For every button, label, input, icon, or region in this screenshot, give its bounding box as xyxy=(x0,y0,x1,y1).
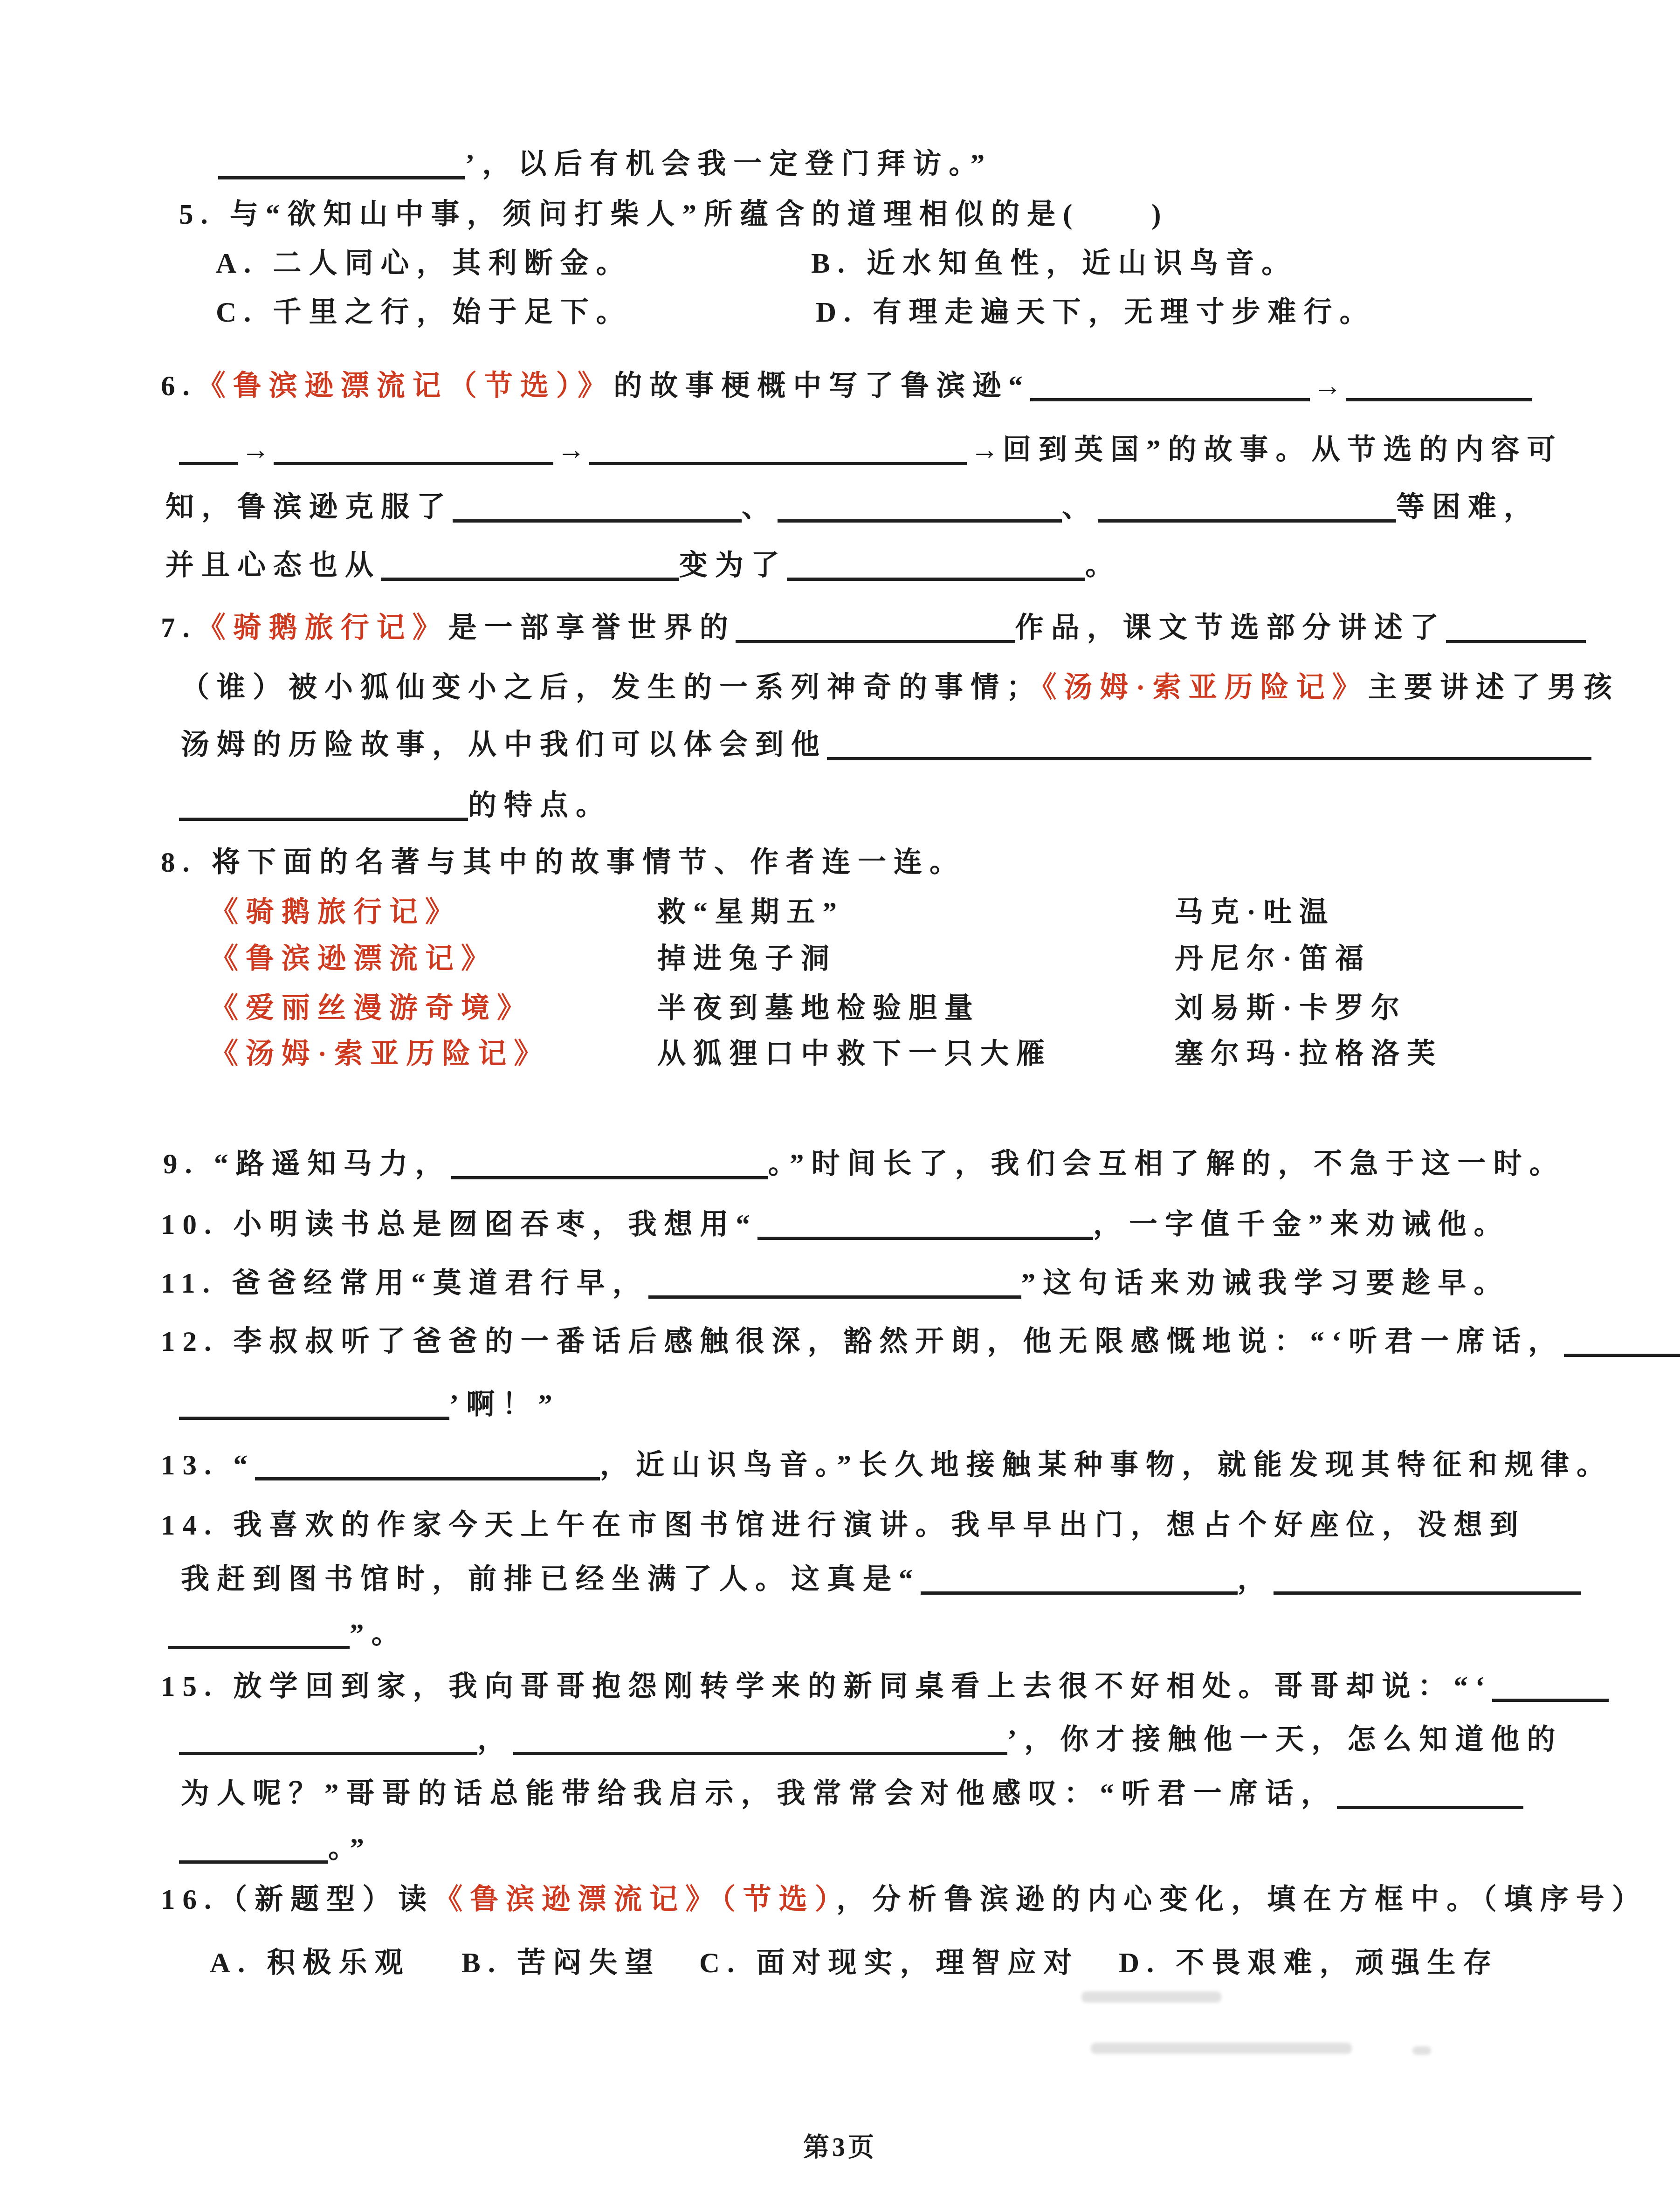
q5-options-ab: A. 二人同心，其利断金。B. 近水知鱼性，近山识鸟音。 xyxy=(0,247,1680,281)
fill-in-blank-line xyxy=(1274,1591,1581,1595)
fill-in-blank-line xyxy=(589,462,967,465)
text-run: 马克·吐温 xyxy=(1175,896,1335,929)
text-run: 并且心态也从 xyxy=(165,550,381,581)
q16-stem: 16.（新题型）读《鲁滨逊漂流记》（节选），分析鲁滨逊的内心变化，填在方框中。（… xyxy=(0,1883,1680,1917)
q4-tail-line: ’，以后有机会我一定登门拜访。” xyxy=(0,148,1680,181)
text-run: 12. 李叔叔听了爸爸的一番话后感触很深，豁然开朗，他无限感慨地说：“‘听君一席… xyxy=(161,1326,1564,1357)
text-run: 半夜到墓地检验胆量 xyxy=(657,992,980,1026)
text-run: ’啊！” xyxy=(449,1389,560,1420)
text-run: A. 二人同心，其利断金。 xyxy=(216,248,632,279)
q16-options: A. 积极乐观B. 苦闷失望C. 面对现实，理智应对D. 不畏艰难，顽强生存 xyxy=(0,1947,1680,1980)
fill-in-blank-line xyxy=(179,1860,328,1864)
fill-in-blank-line xyxy=(179,818,468,821)
text-run: 。” xyxy=(328,1833,372,1864)
text-run: ’，你才接触他一天，怎么知道他的 xyxy=(1007,1724,1563,1756)
fill-in-blank-line xyxy=(513,1752,1007,1755)
q7-line4: 的特点。 xyxy=(0,789,1680,823)
fill-in-blank-line xyxy=(1098,519,1396,523)
text-run: 6. xyxy=(161,371,197,402)
fill-in-blank-line xyxy=(179,1752,477,1755)
page-number-footer: 第3页 xyxy=(0,2127,1680,2164)
q12-line1: 12. 李叔叔听了爸爸的一番话后感触很深，豁然开朗，他无限感慨地说：“‘听君一席… xyxy=(0,1325,1680,1359)
text-run: 、 xyxy=(742,492,778,523)
q13: 13. “，近山识鸟音。”长久地接触某种事物，就能发现其特征和规律。 xyxy=(0,1449,1680,1482)
text-run: 8. 将下面的名著与其中的故事情节、作者连一连。 xyxy=(161,847,965,878)
text-run: ， xyxy=(1238,1564,1274,1595)
text-run: ， xyxy=(477,1724,513,1756)
text-run: 救“星期五” xyxy=(657,896,844,929)
text-run: 11. 爸爸经常用“莫道君行早， xyxy=(161,1268,648,1299)
book-title-red: 《骑鹅旅行记》 xyxy=(210,897,461,928)
text-run: 我赶到图书馆时，前排已经坐满了人。这真是“ xyxy=(181,1564,921,1595)
q12-line2: ’啊！” xyxy=(0,1388,1680,1422)
fill-in-blank-line xyxy=(451,1176,768,1179)
text-run: 15. 放学回到家，我向哥哥抱怨刚转学来的新同桌看上去很不好相处。哥哥却说：“‘ xyxy=(161,1671,1492,1702)
text-run: ，近山识鸟音。”长久地接触某种事物，就能发现其特征和规律。 xyxy=(600,1450,1612,1481)
q6-line3: 知，鲁滨逊克服了、、等困难， xyxy=(0,491,1680,524)
fill-in-blank-line xyxy=(1446,640,1586,643)
q8-stem: 8. 将下面的名著与其中的故事情节、作者连一连。 xyxy=(0,846,1680,880)
text-run: 知，鲁滨逊克服了 xyxy=(165,492,453,523)
fill-in-blank-line xyxy=(255,1477,600,1480)
text-run: 作品，课文节选部分讲述了 xyxy=(1015,613,1446,644)
book-title-red: 《鲁滨逊漂流记》（节选） xyxy=(434,1884,836,1915)
fill-in-blank-line xyxy=(218,176,465,179)
fill-in-blank-line xyxy=(736,640,1015,643)
book-title-red: 《汤姆·索亚历险记》 xyxy=(1042,672,1368,703)
fill-in-blank-line xyxy=(274,462,553,465)
q11: 11. 爸爸经常用“莫道君行早，”这句话来劝诫我学习要趁早。 xyxy=(0,1267,1680,1301)
q8-row2: 《鲁滨逊漂流记》掉进兔子洞丹尼尔·笛福 xyxy=(0,943,1680,976)
q14-line3: ”。 xyxy=(0,1618,1680,1651)
text-run: 5. 与“欲知山中事，须问打柴人”所蕴含的道理相似的是( ) xyxy=(179,199,1169,230)
fill-in-blank-line xyxy=(757,1237,1093,1240)
q7-line3: 汤姆的历险故事，从中我们可以体会到他 xyxy=(0,729,1680,762)
text-run: ”。 xyxy=(350,1618,407,1650)
fill-in-blank-line xyxy=(1337,1806,1523,1809)
scan-artifact xyxy=(1091,2043,1352,2054)
fill-in-blank-line xyxy=(1564,1354,1680,1357)
q14-line2: 我赶到图书馆时，前排已经坐满了人。这真是“， xyxy=(0,1563,1680,1597)
q6-line4: 并且心态也从变为了。 xyxy=(0,549,1680,583)
text-run: 10. 小明读书总是囫囵吞枣，我想用“ xyxy=(161,1209,757,1240)
fill-in-blank-line xyxy=(1346,398,1532,401)
fill-in-blank-line xyxy=(827,757,1591,760)
text-run: 刘易斯·卡罗尔 xyxy=(1175,992,1407,1026)
text-run: C. 千里之行，始于足下。 xyxy=(216,297,632,328)
fill-in-blank-line xyxy=(179,462,238,465)
fill-in-blank-line xyxy=(787,578,1085,581)
q10: 10. 小明读书总是囫囵吞枣，我想用“，一字值千金”来劝诫他。 xyxy=(0,1208,1680,1242)
fill-in-blank-line xyxy=(778,519,1062,523)
q9: 9. “路遥知马力，。”时间长了，我们会互相了解的，不急于这一时。 xyxy=(0,1148,1680,1181)
fill-in-blank-line xyxy=(381,578,679,581)
fill-in-blank-line xyxy=(1030,398,1310,401)
book-title-red: 《骑鹅旅行记》 xyxy=(197,613,448,644)
q6-line2: →→→回到英国”的故事。从节选的内容可 xyxy=(0,434,1680,467)
text-run: D. 不畏艰难，顽强生存 xyxy=(1119,1947,1499,1980)
scan-artifact xyxy=(1412,2046,1431,2055)
text-run: ，分析鲁滨逊的内心变化，填在方框中。（填序号） xyxy=(836,1884,1648,1915)
text-run: 汤姆的历险故事，从中我们可以体会到他 xyxy=(181,730,827,761)
fill-in-blank-line xyxy=(648,1295,1021,1299)
fill-in-blank-line xyxy=(921,1591,1238,1595)
text-run: 回到英国”的故事。从节选的内容可 xyxy=(1003,434,1563,466)
text-run: ，一字值千金”来劝诫他。 xyxy=(1093,1209,1510,1240)
fill-in-blank-line xyxy=(453,519,742,523)
q15-line3: 为人呢？”哥哥的话总能带给我启示，我常常会对他感叹：“听君一席话， xyxy=(0,1777,1680,1811)
q15-line1: 15. 放学回到家，我向哥哥抱怨刚转学来的新同桌看上去很不好相处。哥哥却说：“‘ xyxy=(0,1670,1680,1704)
text-run: B. 近水知鱼性，近山识鸟音。 xyxy=(811,247,1297,281)
text-run: C. 面对现实，理智应对 xyxy=(699,1947,1080,1980)
text-run: 主要讲述了男孩 xyxy=(1368,672,1619,703)
fill-in-blank-line xyxy=(1492,1699,1609,1702)
text-run: 14. 我喜欢的作家今天上午在市图书馆进行演讲。我早早出门，想占个好座位，没想到 xyxy=(161,1510,1526,1541)
text-run: 从狐狸口中救下一只大雁 xyxy=(657,1038,1052,1071)
text-run: D. 有理走遍天下，无理寸步难行。 xyxy=(816,296,1376,330)
q8-row3: 《爱丽丝漫游奇境》半夜到墓地检验胆量刘易斯·卡罗尔 xyxy=(0,992,1680,1026)
text-run: 13. “ xyxy=(161,1450,255,1481)
fill-in-blank-line xyxy=(179,1417,449,1420)
text-run: 。 xyxy=(1085,550,1121,581)
q7-line1: 7.《骑鹅旅行记》是一部享誉世界的作品，课文节选部分讲述了 xyxy=(0,612,1680,645)
text-run: 塞尔玛·拉格洛芙 xyxy=(1175,1038,1443,1071)
q15-line4: 。” xyxy=(0,1832,1680,1866)
book-title-red: 《汤姆·索亚历险记》 xyxy=(210,1039,550,1070)
q7-line2: （谁）被小狐仙变小之后，发生的一系列神奇的事情；《汤姆·索亚历险记》主要讲述了男… xyxy=(0,671,1680,705)
q5-stem: 5. 与“欲知山中事，须问打柴人”所蕴含的道理相似的是( ) xyxy=(0,198,1680,232)
text-run: 16.（新题型）读 xyxy=(161,1884,434,1915)
arrow-right-icon: → xyxy=(1314,371,1342,402)
q8-row4: 《汤姆·索亚历险记》从狐狸口中救下一只大雁塞尔玛·拉格洛芙 xyxy=(0,1038,1680,1071)
arrow-right-icon: → xyxy=(557,434,585,466)
text-run: 7. xyxy=(161,613,197,644)
exam-paper-page: 第3页 ’，以后有机会我一定登门拜访。”5. 与“欲知山中事，须问打柴人”所蕴含… xyxy=(0,0,1680,2210)
text-run: 掉进兔子洞 xyxy=(657,943,837,976)
scan-artifact xyxy=(1081,1991,1221,2003)
text-run: ”这句话来劝诫我学习要趁早。 xyxy=(1021,1268,1510,1299)
text-run: A. 积极乐观 xyxy=(210,1948,411,1979)
text-run: B. 苦闷失望 xyxy=(461,1947,661,1980)
text-run: 等困难， xyxy=(1396,492,1540,523)
book-title-red: 《鲁滨逊漂流记》 xyxy=(210,943,497,975)
q8-row1: 《骑鹅旅行记》救“星期五”马克·吐温 xyxy=(0,896,1680,929)
text-run: 。”时间长了，我们会互相了解的，不急于这一时。 xyxy=(768,1149,1565,1180)
fill-in-blank-line xyxy=(168,1646,350,1649)
text-run: 的故事梗概中写了鲁滨逊“ xyxy=(613,371,1030,402)
text-run: 变为了 xyxy=(679,550,787,581)
text-run: 9. “路遥知马力， xyxy=(163,1149,451,1180)
text-run: 的特点。 xyxy=(468,790,612,821)
q15-line2: ，’，你才接触他一天，怎么知道他的 xyxy=(0,1723,1680,1757)
text-run: 、 xyxy=(1062,492,1098,523)
q6-line1: 6.《鲁滨逊漂流记（节选）》的故事梗概中写了鲁滨逊“→ xyxy=(0,370,1680,403)
book-title-red: 《鲁滨逊漂流记（节选）》 xyxy=(197,371,614,402)
q5-options-cd: C. 千里之行，始于足下。D. 有理走遍天下，无理寸步难行。 xyxy=(0,296,1680,330)
text-run: 为人呢？”哥哥的话总能带给我启示，我常常会对他感叹：“听君一席话， xyxy=(181,1778,1337,1810)
arrow-right-icon: → xyxy=(241,434,270,466)
text-run: 丹尼尔·笛福 xyxy=(1175,943,1371,976)
text-run: ’，以后有机会我一定登门拜访。” xyxy=(465,149,992,180)
text-run: 是一部享誉世界的 xyxy=(448,613,736,644)
q14-line1: 14. 我喜欢的作家今天上午在市图书馆进行演讲。我早早出门，想占个好座位，没想到 xyxy=(0,1509,1680,1542)
text-run: （谁）被小狐仙变小之后，发生的一系列神奇的事情； xyxy=(181,672,1042,703)
arrow-right-icon: → xyxy=(971,434,999,466)
book-title-red: 《爱丽丝漫游奇境》 xyxy=(210,993,533,1024)
